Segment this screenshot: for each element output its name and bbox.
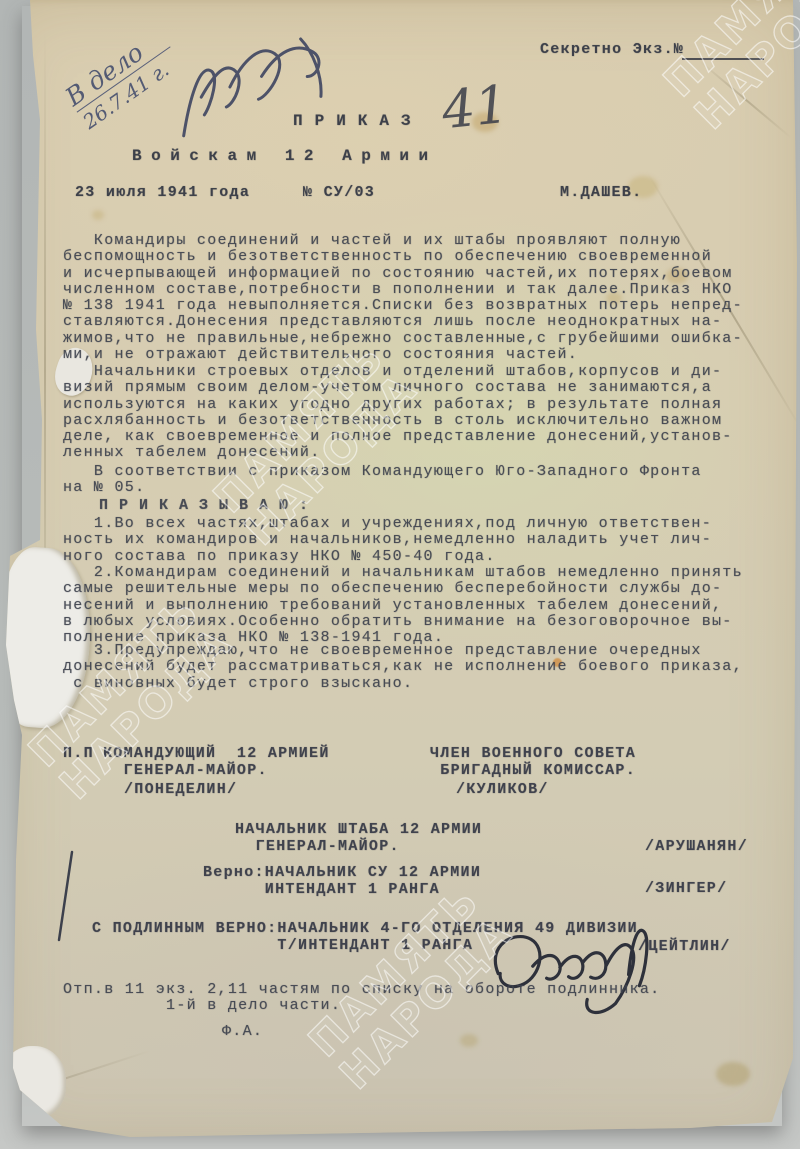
order-place: М.ДАШЕВ. [560, 185, 642, 201]
order-item-3: 3.Предупреждаю,что не своевременное пред… [63, 643, 743, 692]
paragraph-1: Командиры соединений и частей и их штабы… [63, 233, 743, 363]
order-addressee: Войскам 12 Армии [132, 148, 438, 164]
signature-council-member-name: /КУЛИКОВ/ [456, 781, 549, 798]
paragraph-3: В соответствии с приказом Командующего Ю… [63, 464, 702, 497]
stain [716, 1062, 750, 1086]
order-item-2: 2.Командирам соединений и начальникам шт… [63, 565, 743, 646]
order-title: ПРИКАЗ [293, 113, 423, 129]
stain [92, 210, 104, 220]
signature-pp-mark: П.П [63, 745, 94, 762]
certification-slash [56, 850, 76, 942]
order-heading: ПРИКАЗЫВАЮ: [99, 498, 319, 514]
scan-background: Секретно Экз.№ В дело 26.7.41 г. 41 ПРИК… [0, 0, 800, 1149]
secrecy-blank-line [682, 58, 764, 60]
secrecy-label: Секретно Экз.№ [540, 42, 684, 58]
handwritten-exemplar-number: 41 [439, 75, 511, 142]
paragraph-2: Начальники строевых отделов и отделений … [63, 364, 733, 462]
signature-commander-name: /ПОНЕДЕЛИН/ [124, 781, 237, 798]
footer-initials: Ф.А. [222, 1024, 263, 1040]
order-number: № СУ/03 [303, 185, 375, 201]
signature-commander-title: КОМАНДУЮЩИЙ 12 АРМИЕЙ ГЕНЕРАЛ-МАЙОР. [103, 745, 330, 779]
document-paper: Секретно Экз.№ В дело 26.7.41 г. 41 ПРИК… [0, 0, 800, 1149]
signature-council-member-title: ЧЛЕН ВОЕННОГО СОВЕТА БРИГАДНЫЙ КОМИССАР. [430, 745, 636, 779]
signature-chief-of-staff-title: НАЧАЛЬНИК ШТАБА 12 АРМИИ ГЕНЕРАЛ-МАЙОР. [235, 821, 482, 855]
stain [460, 1034, 478, 1047]
order-item-1: 1.Во всех частях,штабах и учреждениях,по… [63, 516, 712, 565]
signature-chief-of-staff-name: /АРУШАНЯН/ [645, 838, 748, 855]
signature-verno-name: /ЗИНГЕР/ [645, 880, 727, 897]
order-date: 23 июля 1941 года [75, 185, 250, 201]
signature-verno-title: Верно:НАЧАЛЬНИК СУ 12 АРМИИ ИНТЕНДАНТ 1 … [203, 864, 481, 898]
footer-distribution-note: Отп.в 11 экз. 2,11 частям по списку на о… [63, 982, 660, 1015]
